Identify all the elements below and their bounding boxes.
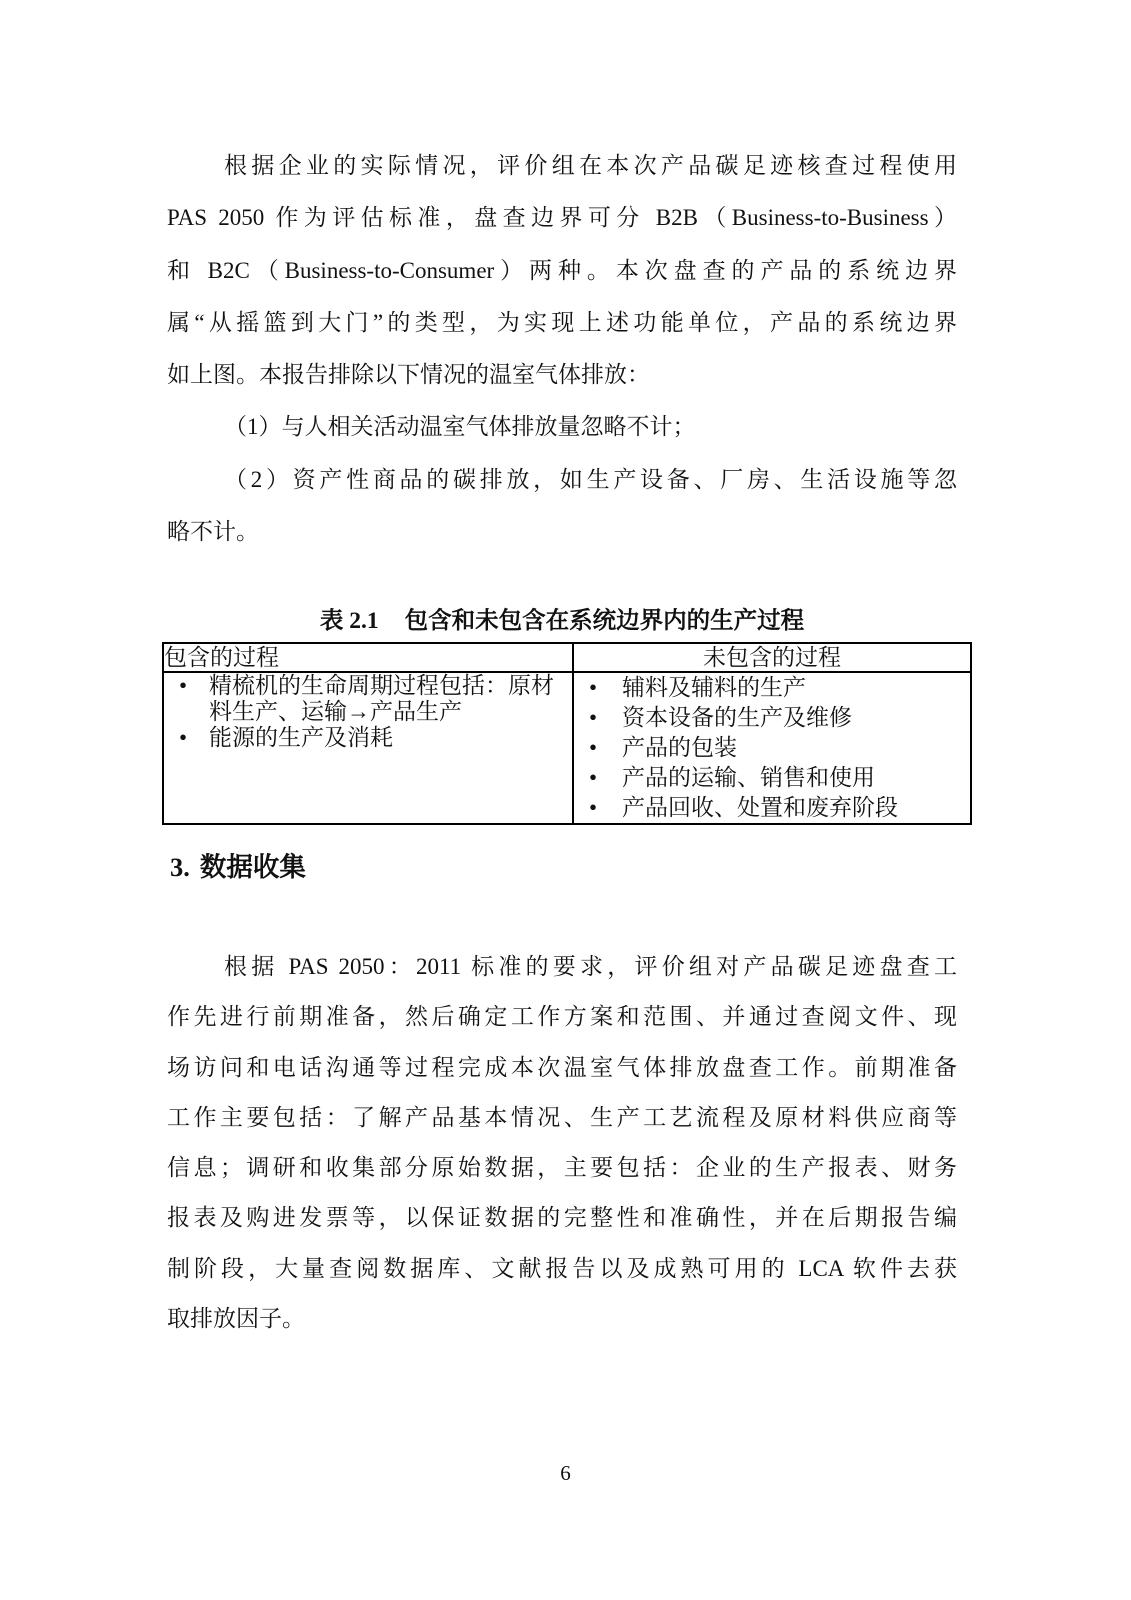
excluded-item-text: 产品的包装 (622, 735, 737, 760)
text-line: 取排放因子。 (167, 1294, 957, 1344)
included-item-text: 精梳机的生命周期过程包括：原材料生产、运输→产品生产 (209, 673, 554, 724)
column-header-included: 包含的过程 (163, 643, 573, 672)
text-line: 略不计。 (167, 506, 957, 558)
text-line: 作先进行前期准备，然后确定工作方案和范围、并通过查阅文件、现 (167, 992, 957, 1042)
text-line: 如上图。本报告排除以下情况的温室气体排放： (167, 349, 957, 401)
excluded-processes-cell: •辅料及辅料的生产 •资本设备的生产及维修 •产品的包装 •产品的运输、销售和使… (573, 672, 971, 824)
bullet-icon: • (589, 793, 597, 823)
text-line: 信息；调研和收集部分原始数据，主要包括：企业的生产报表、财务 (167, 1143, 957, 1193)
paragraph-boundary-description: 根据企业的实际情况，评价组在本次产品碳足迹核查过程使用 PAS 2050 作为评… (167, 140, 957, 558)
table-caption: 表 2.1包含和未包含在系统边界内的生产过程 (167, 604, 957, 638)
section-title: 数据收集 (200, 852, 306, 882)
text-line: 报表及购进发票等，以保证数据的完整性和准确性，并在后期报告编 (167, 1193, 957, 1243)
bullet-icon: • (589, 763, 597, 793)
text-line: 根据 PAS 2050：2011 标准的要求，评价组对产品碳足迹盘查工 (167, 942, 957, 992)
text-line: 属“从摇篮到大门”的类型，为实现上述功能单位，产品的系统边界 (167, 297, 957, 349)
bullet-icon: • (589, 733, 597, 763)
text-line: 场访问和电话沟通等过程完成本次温室气体排放盘查工作。前期准备 (167, 1043, 957, 1093)
text-line: 工作主要包括：了解产品基本情况、生产工艺流程及原材料供应商等 (167, 1093, 957, 1143)
excluded-item-text: 辅料及辅料的生产 (622, 675, 806, 700)
paragraph-data-collection: 根据 PAS 2050：2011 标准的要求，评价组对产品碳足迹盘查工 作先进行… (167, 942, 957, 1344)
bullet-icon: • (179, 673, 187, 699)
list-item: •产品的包装 (574, 733, 970, 763)
text-line: 制阶段，大量查阅数据库、文献报告以及成熟可用的 LCA 软件去获 (167, 1244, 957, 1294)
text-line: 和 B2C（Business-to-Consumer）两种。本次盘查的产品的系统… (167, 245, 957, 297)
table-header-row: 包含的过程 未包含的过程 (163, 643, 971, 672)
bullet-icon: • (179, 725, 187, 751)
text-line-list-item-2: （2）资产性商品的碳排放，如生产设备、厂房、生活设施等忽 (167, 454, 957, 506)
text-line: 根据企业的实际情况，评价组在本次产品碳足迹核查过程使用 (167, 140, 957, 192)
section-heading-data-collection: 3.数据收集 (170, 849, 306, 885)
column-header-excluded: 未包含的过程 (573, 643, 971, 672)
system-boundary-table: 包含的过程 未包含的过程 •精梳机的生命周期过程包括：原材料生产、运输→产品生产… (162, 642, 972, 825)
excluded-item-text: 资本设备的生产及维修 (622, 705, 852, 730)
section-number: 3. (170, 852, 190, 882)
table-caption-title: 包含和未包含在系统边界内的生产过程 (405, 608, 805, 634)
text-line: PAS 2050 作为评估标准，盘查边界可分 B2B（Business-to-B… (167, 192, 957, 244)
list-item: •辅料及辅料的生产 (574, 673, 970, 703)
list-item: •产品的运输、销售和使用 (574, 763, 970, 793)
excluded-item-text: 产品回收、处置和废弃阶段 (622, 795, 898, 820)
list-item: •精梳机的生命周期过程包括：原材料生产、运输→产品生产 (164, 673, 572, 725)
list-item: •资本设备的生产及维修 (574, 703, 970, 733)
included-processes-cell: •精梳机的生命周期过程包括：原材料生产、运输→产品生产 •能源的生产及消耗 (163, 672, 573, 824)
table-body-row: •精梳机的生命周期过程包括：原材料生产、运输→产品生产 •能源的生产及消耗 •辅… (163, 672, 971, 824)
text-line-list-item-1: （1）与人相关活动温室气体排放量忽略不计； (167, 401, 957, 453)
table-caption-label: 表 2.1 (320, 608, 379, 634)
page-number: 6 (0, 1458, 1131, 1488)
bullet-icon: • (589, 673, 597, 703)
included-item-text: 能源的生产及消耗 (209, 725, 393, 750)
bullet-icon: • (589, 703, 597, 733)
excluded-item-text: 产品的运输、销售和使用 (622, 765, 875, 790)
list-item: •产品回收、处置和废弃阶段 (574, 793, 970, 823)
list-item: •能源的生产及消耗 (164, 725, 572, 751)
document-page: 根据企业的实际情况，评价组在本次产品碳足迹核查过程使用 PAS 2050 作为评… (0, 0, 1131, 1600)
